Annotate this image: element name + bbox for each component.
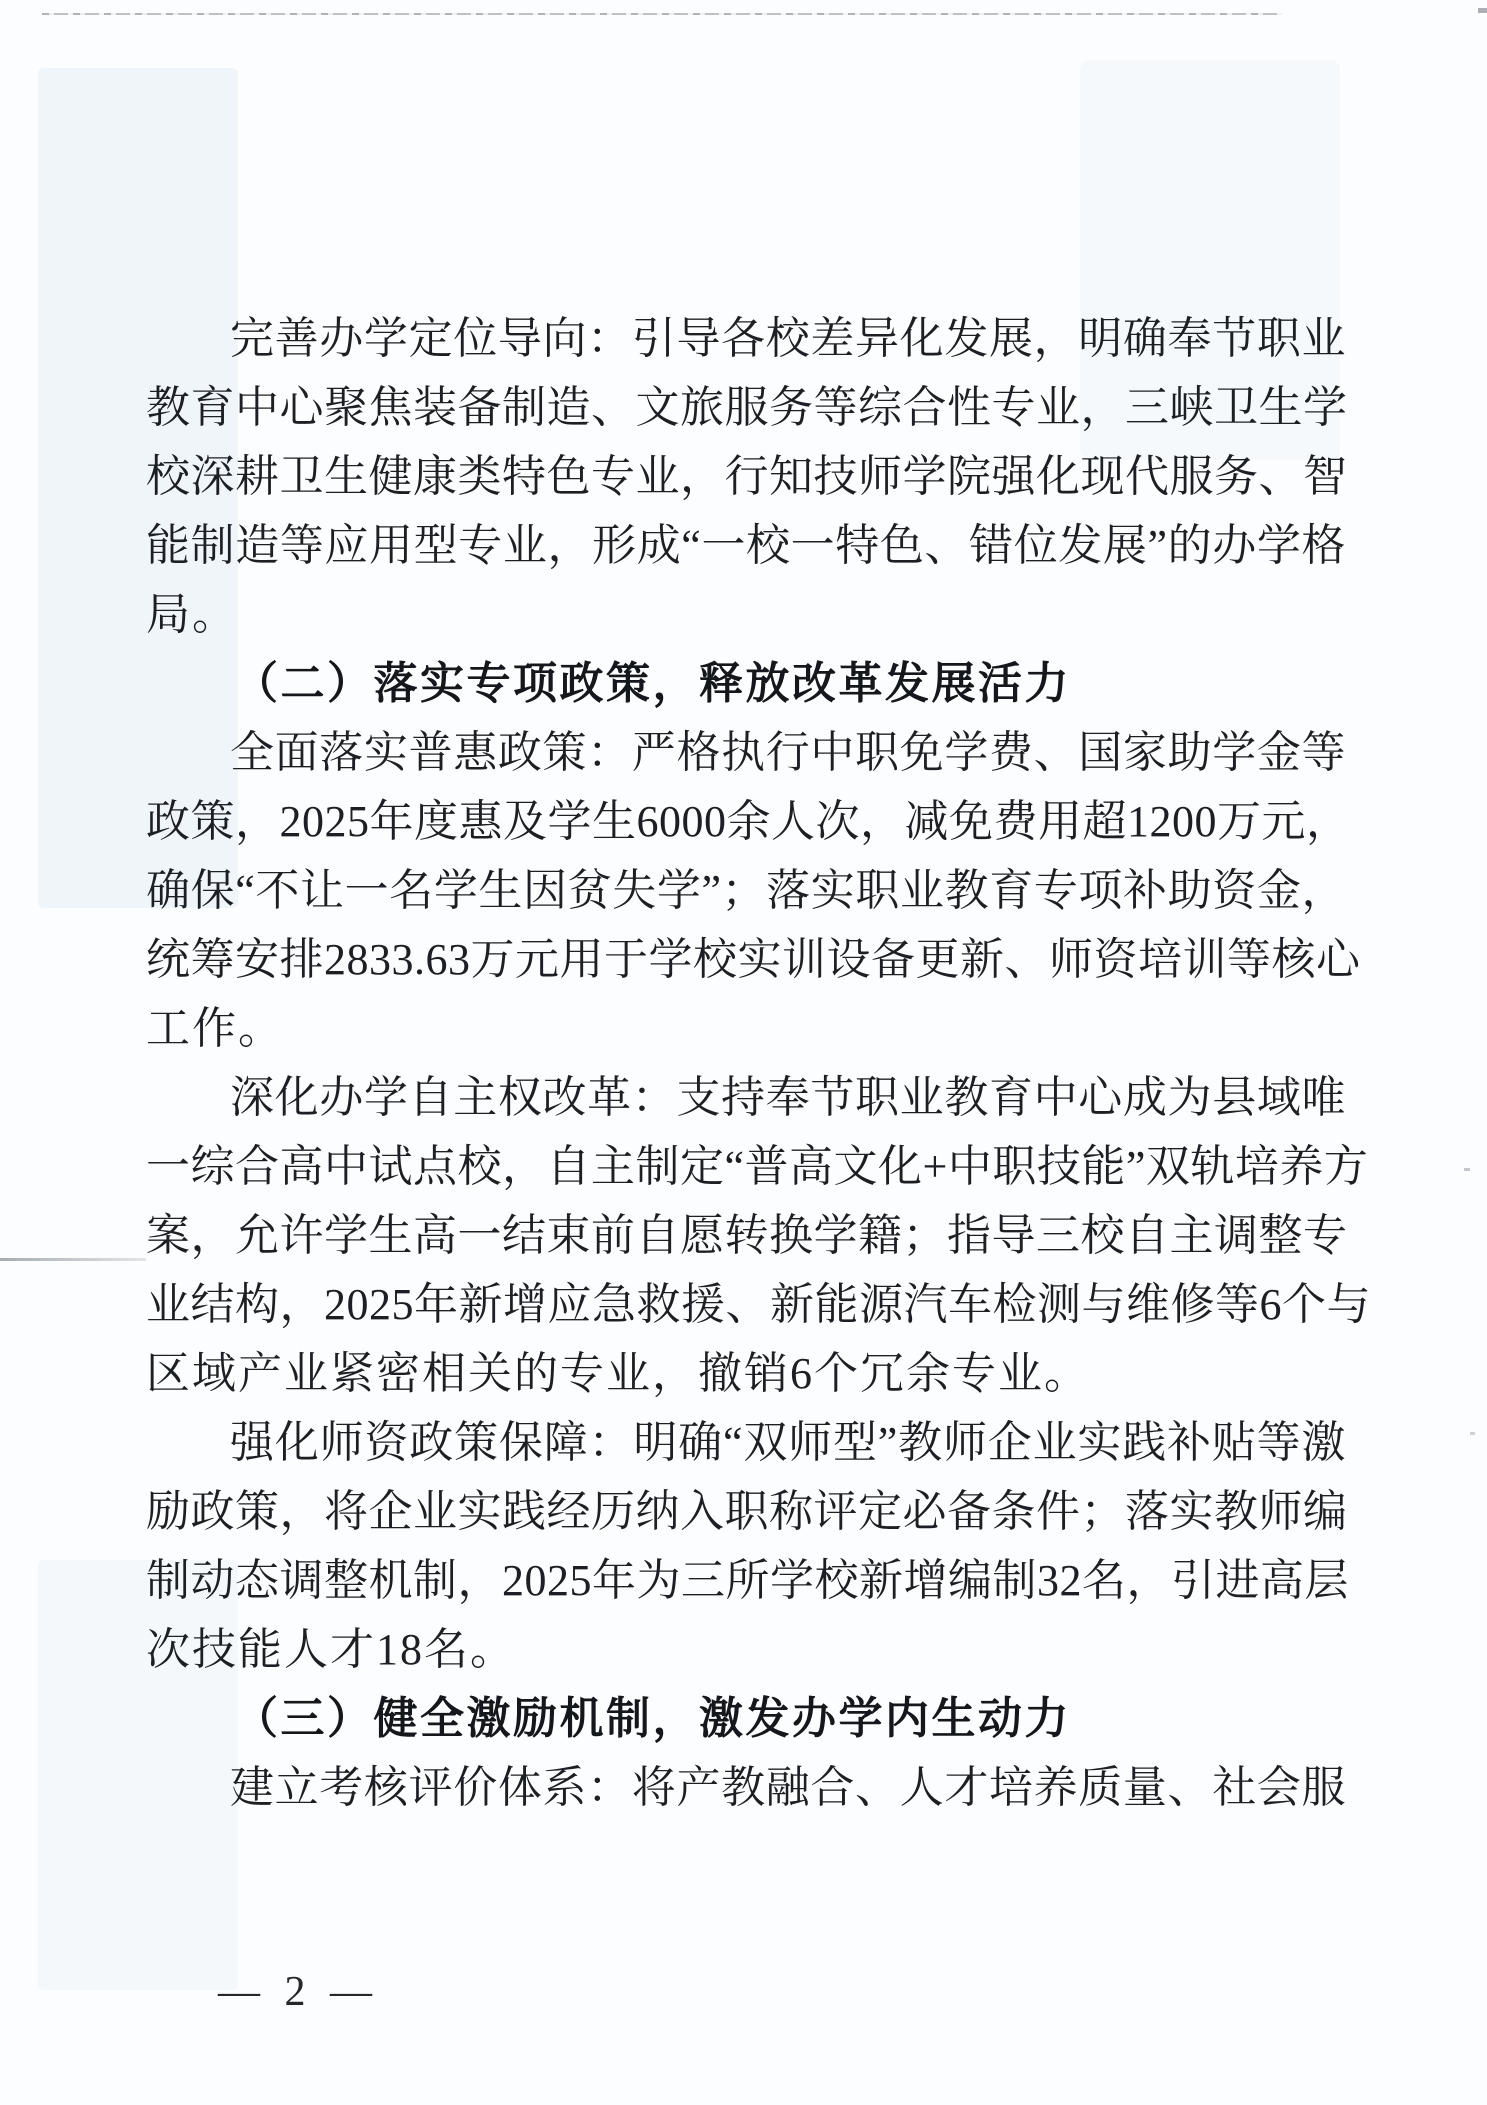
text-line: 全面落实普惠政策：严格执行中职免学费、国家助学金等 — [146, 718, 1346, 787]
text-line: 制动态调整机制，2025年为三所学校新增编制32名，引进高层 — [146, 1546, 1346, 1615]
scanned-document-page: { "document": { "blocks": [ { "type": "p… — [0, 0, 1487, 2105]
text-line: 完善办学定位导向：引导各校差异化发展，明确奉节职业 — [146, 304, 1346, 373]
section-heading: （二）落实专项政策，释放改革发展活力 — [146, 649, 1346, 718]
text-line: 教育中心聚焦装备制造、文旅服务等综合性专业，三峡卫生学 — [146, 373, 1346, 442]
scan-artifact-mark — [1478, 8, 1487, 13]
text-line: 次技能人才18名。 — [146, 1615, 1346, 1684]
text-line: 励政策，将企业实践经历纳入职称评定必备条件；落实教师编 — [146, 1477, 1346, 1546]
section-heading: （三）健全激励机制，激发办学内生动力 — [146, 1684, 1346, 1753]
text-line: 局。 — [146, 580, 1346, 649]
text-line: 政策，2025年度惠及学生6000余人次，减免费用超1200万元， — [146, 787, 1346, 856]
text-line: 统筹安排2833.63万元用于学校实训设备更新、师资培训等核心 — [146, 925, 1346, 994]
text-line: 强化师资政策保障：明确“双师型”教师企业实践补贴等激 — [146, 1408, 1346, 1477]
scan-artifact-line — [0, 1258, 146, 1261]
scan-artifact-mark — [1464, 1168, 1470, 1171]
text-line: 一综合高中试点校，自主制定“普高文化+中职技能”双轨培养方 — [146, 1132, 1346, 1201]
text-line: 业结构，2025年新增应急救援、新能源汽车检测与维修等6个与 — [146, 1270, 1346, 1339]
document-body: 完善办学定位导向：引导各校差异化发展，明确奉节职业教育中心聚焦装备制造、文旅服务… — [146, 304, 1346, 1822]
page-number: — 2 — — [218, 1968, 374, 2016]
text-line: 确保“不让一名学生因贫失学”；落实职业教育专项补助资金， — [146, 856, 1346, 925]
scan-artifact-mark — [1470, 1432, 1475, 1435]
text-line: 案，允许学生高一结束前自愿转换学籍；指导三校自主调整专 — [146, 1201, 1346, 1270]
text-line: 建立考核评价体系：将产教融合、人才培养质量、社会服 — [146, 1753, 1346, 1822]
text-line: 能制造等应用型专业，形成“一校一特色、错位发展”的办学格 — [146, 511, 1346, 580]
scan-artifact-line — [42, 13, 1282, 15]
text-line: 校深耕卫生健康类特色专业，行知技师学院强化现代服务、智 — [146, 442, 1346, 511]
text-line: 工作。 — [146, 994, 1346, 1063]
text-line: 深化办学自主权改革：支持奉节职业教育中心成为县域唯 — [146, 1063, 1346, 1132]
text-line: 区域产业紧密相关的专业，撤销6个冗余专业。 — [146, 1339, 1346, 1408]
